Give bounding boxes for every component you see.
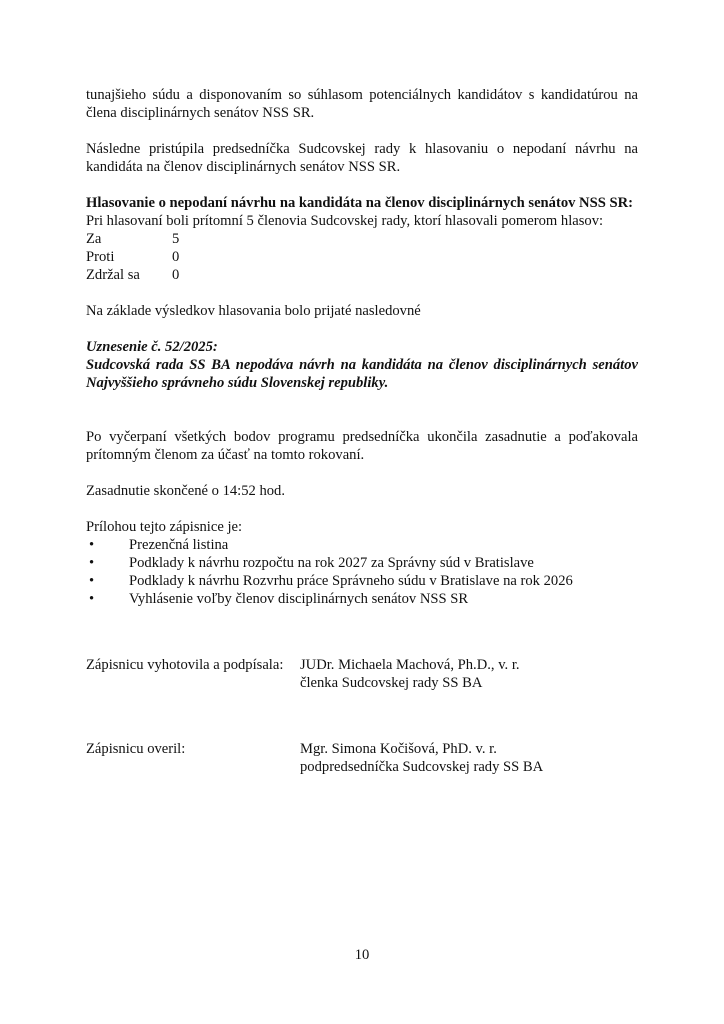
signature-label: Zápisnicu vyhotovila a podpísala: bbox=[86, 656, 300, 692]
attachment-label: Prezenčná listina bbox=[129, 536, 228, 554]
bullet-icon: • bbox=[86, 572, 129, 590]
vote-intro: Pri hlasovaní boli prítomní 5 členovia S… bbox=[86, 212, 638, 230]
bullet-icon: • bbox=[86, 590, 129, 608]
vote-row-against: Proti 0 bbox=[86, 248, 638, 266]
attachments-heading: Prílohou tejto zápisnice je: bbox=[86, 518, 638, 536]
document-page: tunajšieho súdu a disponovaním so súhlas… bbox=[86, 86, 638, 776]
vote-value: 5 bbox=[172, 230, 179, 248]
vote-label: Proti bbox=[86, 248, 172, 266]
vote-value: 0 bbox=[172, 248, 179, 266]
signature-label: Zápisnicu overil: bbox=[86, 740, 300, 776]
list-item: •Podklady k návrhu Rozvrhu práce Správne… bbox=[86, 572, 638, 590]
end-time: Zasadnutie skončené o 14:52 hod. bbox=[86, 482, 638, 500]
resolution-text: Sudcovská rada SS BA nepodáva návrh na k… bbox=[86, 356, 638, 392]
list-item: •Podklady k návrhu rozpočtu na rok 2027 … bbox=[86, 554, 638, 572]
attachment-label: Vyhlásenie voľby členov disciplinárnych … bbox=[129, 590, 468, 608]
signature-role: členka Sudcovskej rady SS BA bbox=[300, 674, 520, 692]
attachment-label: Podklady k návrhu Rozvrhu práce Správneh… bbox=[129, 572, 573, 590]
vote-label: Za bbox=[86, 230, 172, 248]
vote-value: 0 bbox=[172, 266, 179, 284]
bullet-icon: • bbox=[86, 536, 129, 554]
vote-label: Zdržal sa bbox=[86, 266, 172, 284]
signature-author: Zápisnicu vyhotovila a podpísala: JUDr. … bbox=[86, 656, 638, 692]
signature-name: JUDr. Michaela Machová, Ph.D., v. r. bbox=[300, 656, 520, 674]
vote-result: Na základe výsledkov hlasovania bolo pri… bbox=[86, 302, 638, 320]
vote-row-abstain: Zdržal sa 0 bbox=[86, 266, 638, 284]
paragraph-candidates: tunajšieho súdu a disponovaním so súhlas… bbox=[86, 86, 638, 122]
paragraph-vote-start: Následne pristúpila predsedníčka Sudcovs… bbox=[86, 140, 638, 176]
vote-heading: Hlasovanie o nepodaní návrhu na kandidát… bbox=[86, 194, 638, 212]
signature-role: podpredsedníčka Sudcovskej rady SS BA bbox=[300, 758, 543, 776]
list-item: •Vyhlásenie voľby členov disciplinárnych… bbox=[86, 590, 638, 608]
vote-row-for: Za 5 bbox=[86, 230, 638, 248]
closing-text: Po vyčerpaní všetkých bodov programu pre… bbox=[86, 428, 638, 464]
bullet-icon: • bbox=[86, 554, 129, 572]
resolution-title: Uznesenie č. 52/2025: bbox=[86, 338, 638, 356]
vote-table: Za 5 Proti 0 Zdržal sa 0 bbox=[86, 230, 638, 284]
page-number: 10 bbox=[0, 946, 724, 964]
signature-verifier: Zápisnicu overil: Mgr. Simona Kočišová, … bbox=[86, 740, 638, 776]
list-item: •Prezenčná listina bbox=[86, 536, 638, 554]
attachments-list: •Prezenčná listina •Podklady k návrhu ro… bbox=[86, 536, 638, 608]
attachment-label: Podklady k návrhu rozpočtu na rok 2027 z… bbox=[129, 554, 534, 572]
signature-name: Mgr. Simona Kočišová, PhD. v. r. bbox=[300, 740, 543, 758]
